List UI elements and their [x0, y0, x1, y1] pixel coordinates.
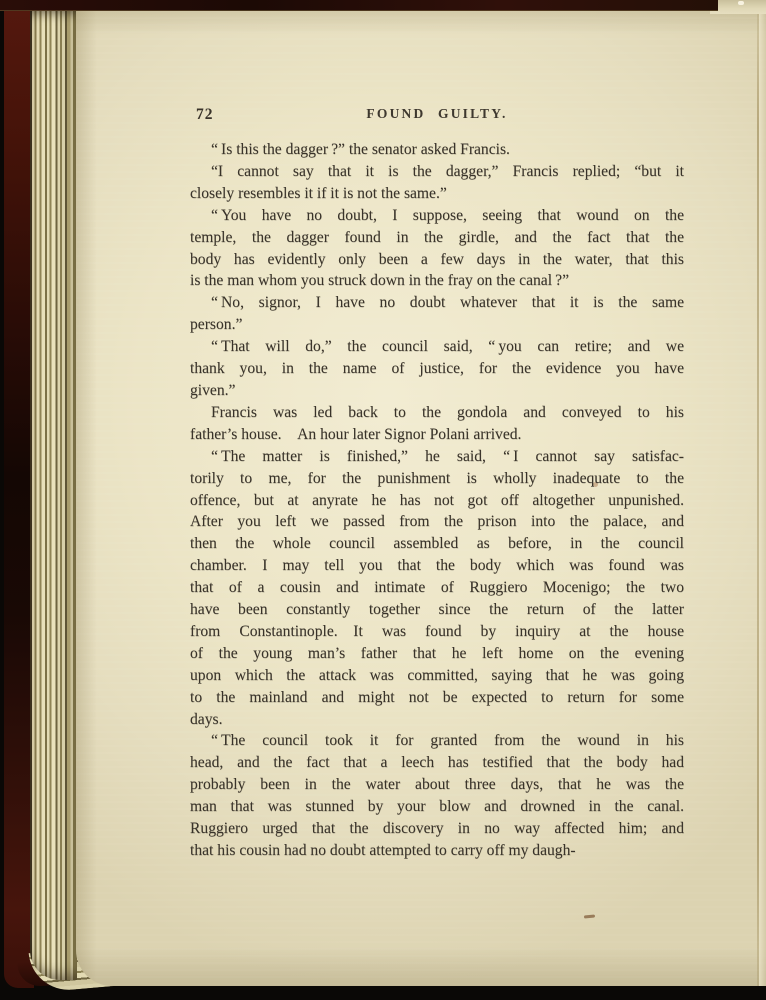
text-line: is the man whom you struck down in the f… — [190, 270, 684, 292]
text-line: days. — [190, 709, 684, 731]
page-header: 72 FOUND GUILTY. — [190, 106, 684, 126]
text-line: Francis was led back to the gondola and … — [190, 402, 684, 424]
text-line: then the whole council assembled as befo… — [190, 533, 684, 555]
text-line: person.” — [190, 314, 684, 336]
text-line: given.” — [190, 380, 684, 402]
page-edge-stack — [30, 8, 77, 980]
scanned-book-photo: 72 FOUND GUILTY. “ Is this the dagger ?”… — [0, 0, 766, 1000]
page-right-margin-shade — [759, 10, 766, 986]
text-line: “ You have no doubt, I suppose, seeing t… — [190, 205, 684, 227]
text-line: “ The council took it for granted from t… — [190, 730, 684, 752]
text-line: “ That will do,” the council said, “ you… — [190, 336, 684, 358]
text-line: “I cannot say that it is the dagger,” Fr… — [190, 161, 684, 183]
text-line: temple, the dagger found in the girdle, … — [190, 227, 684, 249]
text-line: upon which the attack was committed, say… — [190, 665, 684, 687]
text-line: closely resembles it if it is not the sa… — [190, 183, 684, 205]
text-line: offence, but at anyrate he has not got o… — [190, 490, 684, 512]
top-spine-strip — [0, 0, 718, 11]
text-line: chamber. I may tell you that the body wh… — [190, 555, 684, 577]
text-line: head, and the fact that a leech has test… — [190, 752, 684, 774]
book-page: 72 FOUND GUILTY. “ Is this the dagger ?”… — [76, 10, 766, 986]
text-line: father’s house. An hour later Signor Pol… — [190, 424, 684, 446]
text-line: have been constantly together since the … — [190, 599, 684, 621]
text-line: from Constantinople. It was found by inq… — [190, 621, 684, 643]
text-line: After you left we passed from the prison… — [190, 511, 684, 533]
text-line: “ The matter is finished,” he said, “ I … — [190, 446, 684, 468]
scan-artifact-dash — [584, 914, 595, 918]
text-line: that his cousin had no doubt attempted t… — [190, 840, 684, 862]
text-line: thank you, in the name of justice, for t… — [190, 358, 684, 380]
text-line: Ruggiero urged that the discovery in no … — [190, 818, 684, 840]
text-line: to the mainland and might not be expecte… — [190, 687, 684, 709]
text-line: “ No, signor, I have no doubt whatever t… — [190, 292, 684, 314]
text-line: probably been in the water about three d… — [190, 774, 684, 796]
text-line: that of a cousin and intimate of Ruggier… — [190, 577, 684, 599]
text-block: “ Is this the dagger ?” the senator aske… — [190, 139, 684, 862]
text-line: torily to me, for the punishment is whol… — [190, 468, 684, 490]
text-line: body has evidently only been a few days … — [190, 249, 684, 271]
top-edge-speck — [738, 1, 744, 5]
text-line: man that was stunned by your blow and dr… — [190, 796, 684, 818]
page-number: 72 — [196, 106, 214, 124]
running-title: FOUND GUILTY. — [190, 106, 684, 122]
text-line: “ Is this the dagger ?” the senator aske… — [190, 139, 684, 161]
text-line: of the young man’s father that he left h… — [190, 643, 684, 665]
page-fold-crease — [757, 10, 759, 986]
